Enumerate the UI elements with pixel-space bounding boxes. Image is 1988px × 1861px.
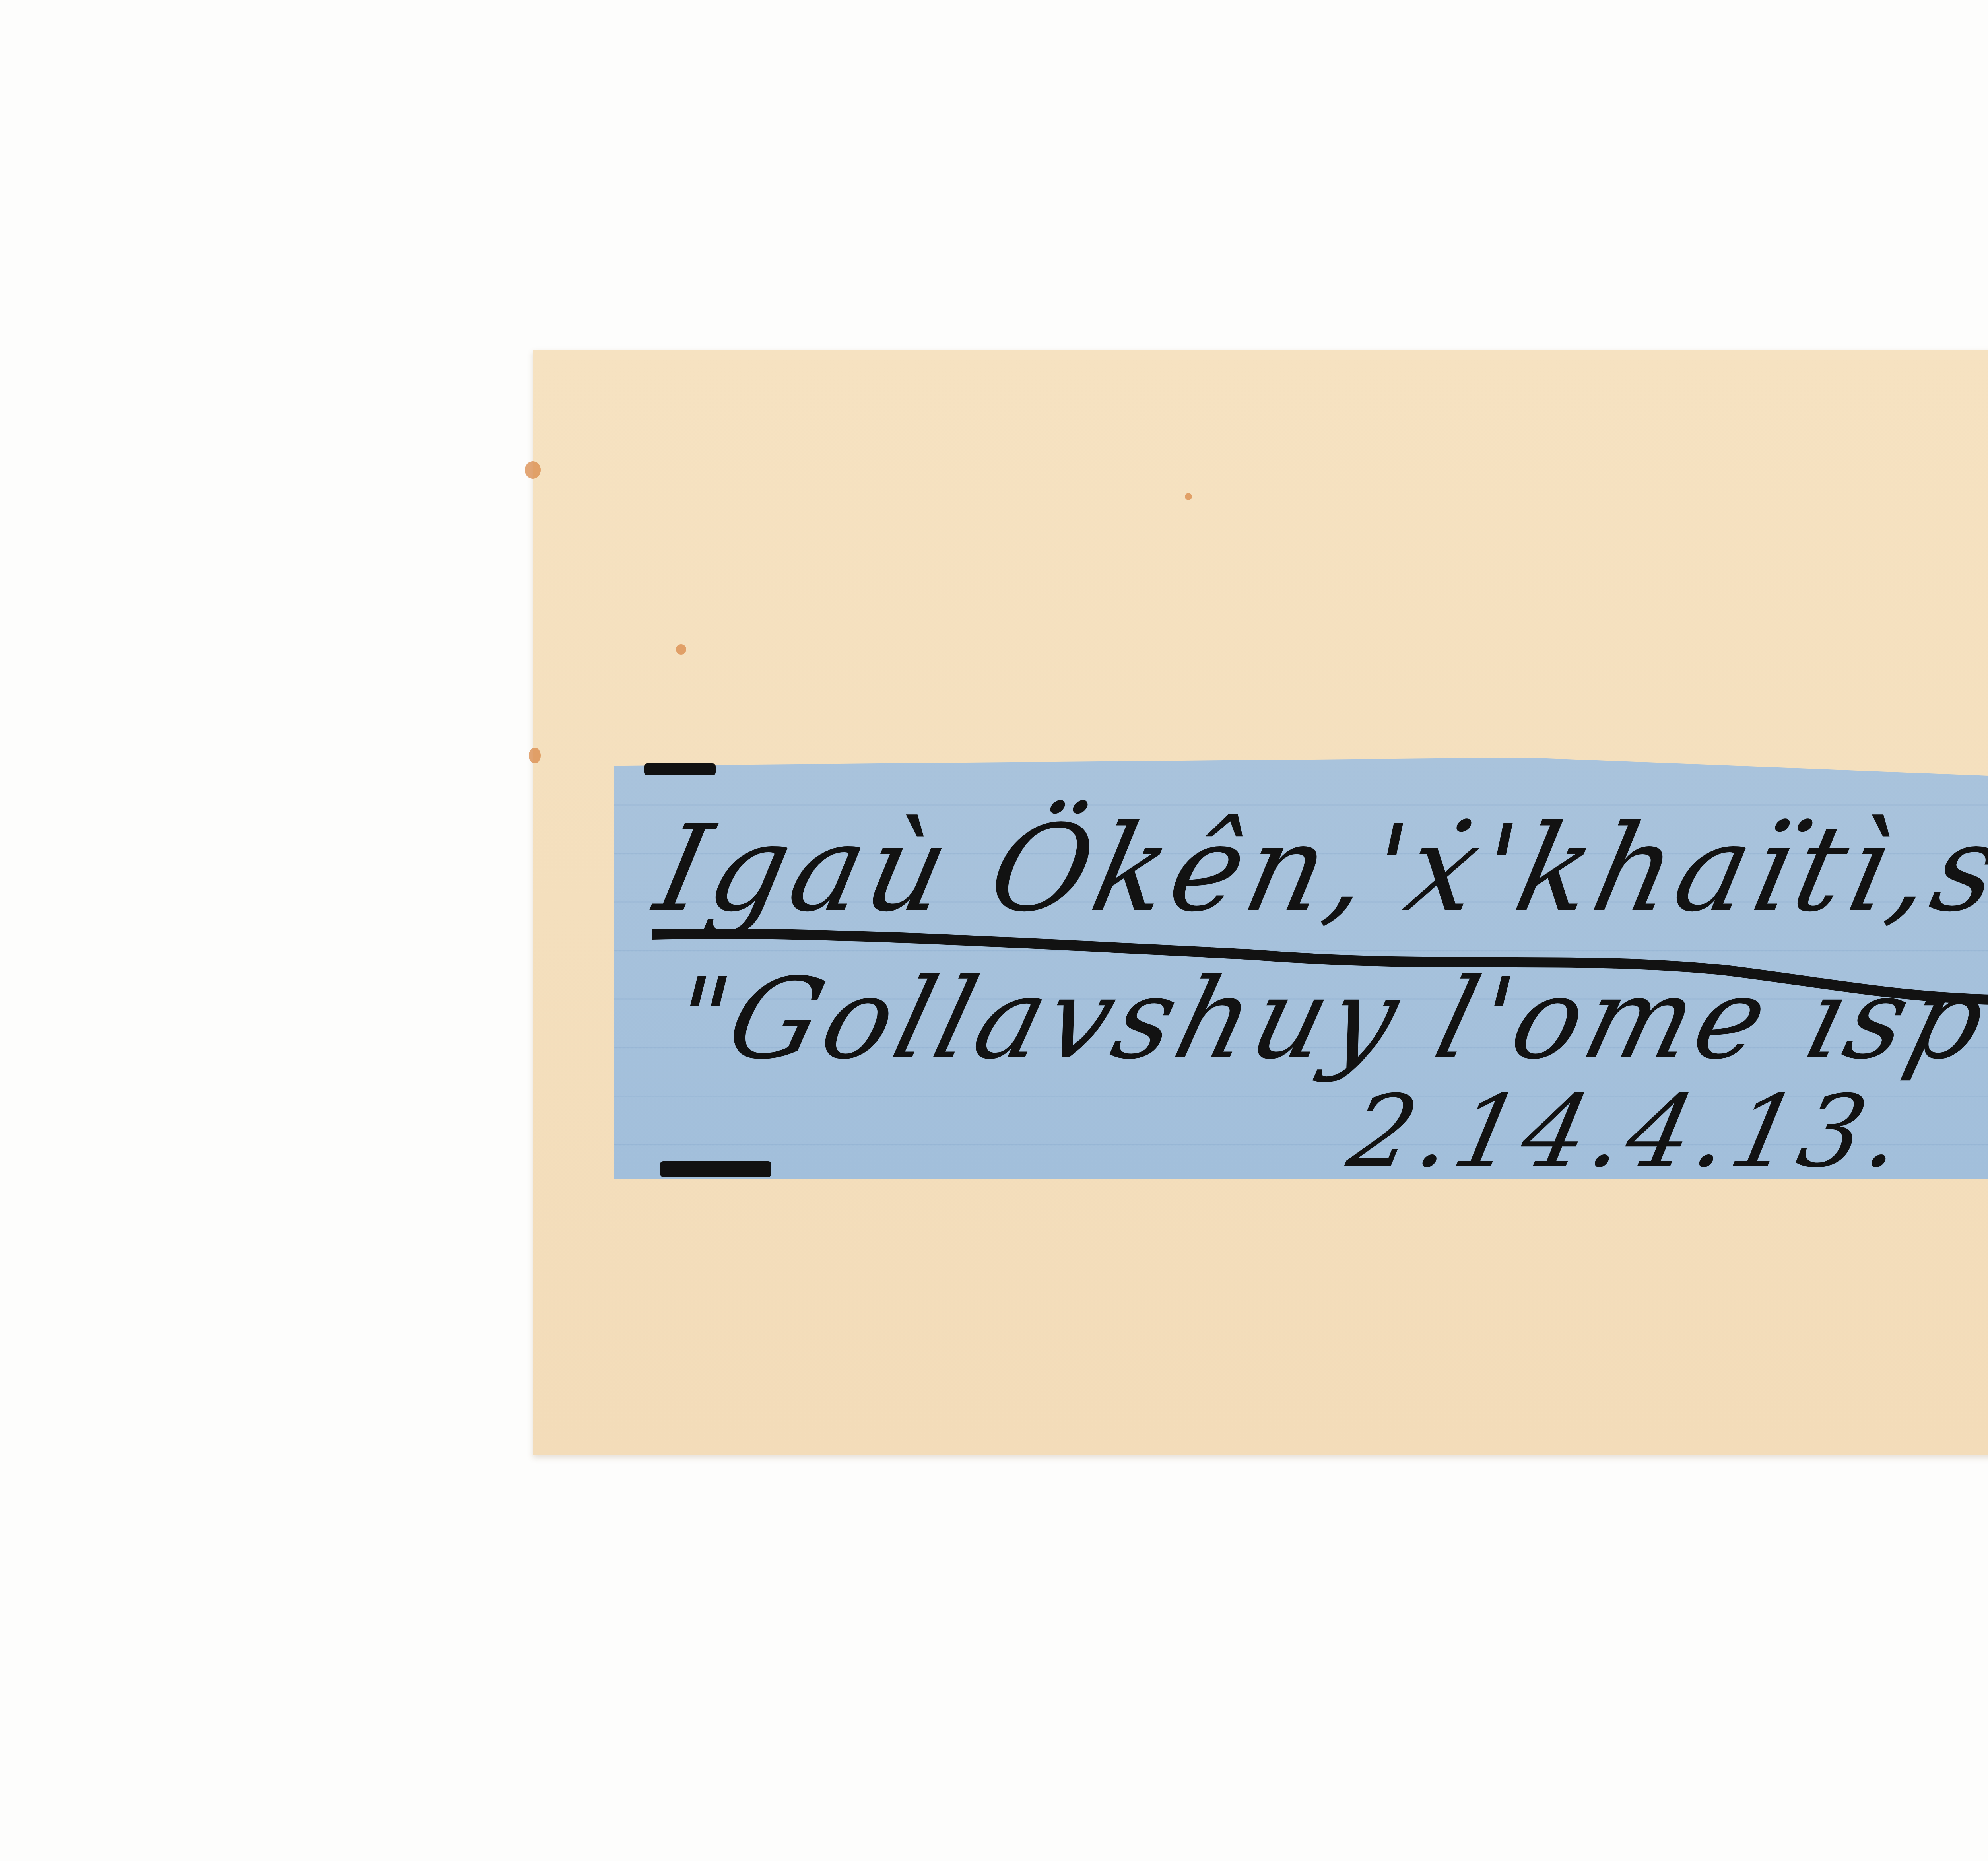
handwriting-date: 2.14.4.13. xyxy=(1340,1074,1918,1189)
foxing-spot xyxy=(1185,493,1192,500)
foxing-spot xyxy=(525,461,541,479)
ink-mark xyxy=(660,1161,771,1177)
ink-mark xyxy=(644,763,716,775)
foxing-spot xyxy=(529,748,541,763)
handwriting-line-2: "Gollavshuy l'ome ısp Tõ" xyxy=(660,954,1988,1084)
foxing-spot xyxy=(676,644,686,655)
